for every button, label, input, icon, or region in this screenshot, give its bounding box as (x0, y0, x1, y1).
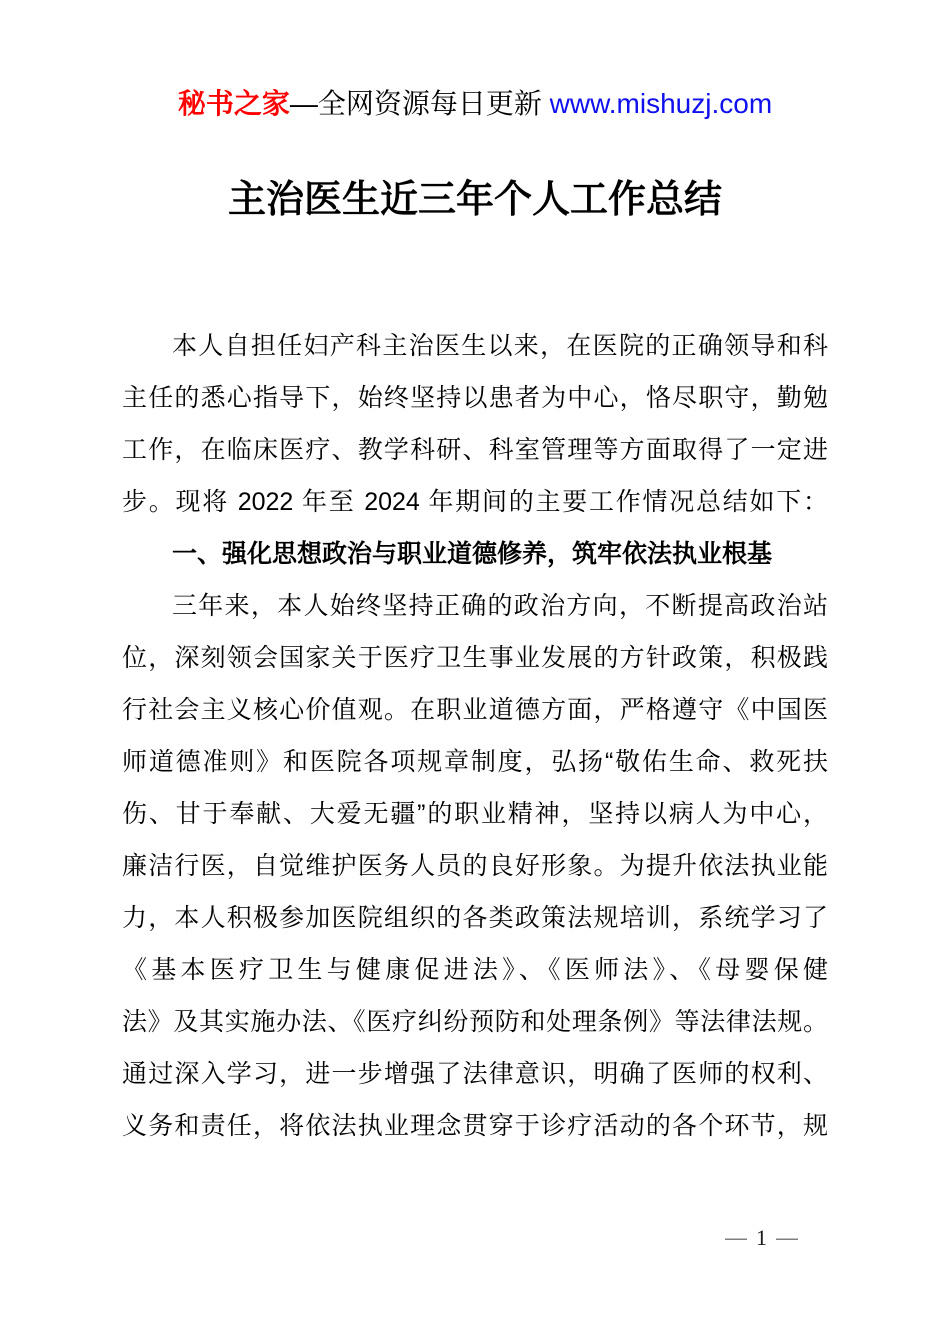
page-title: 主治医生近三年个人工作总结 (0, 172, 950, 228)
body-text-line: 《基本医疗卫生与健康促进法》、《医师法》、《母婴保健 (122, 944, 828, 996)
body-text-line: 三年来，本人始终坚持正确的政治方向，不断提高政治站 (122, 580, 828, 632)
body-text-line: 工作，在临床医疗、教学科研、科室管理等方面取得了一定进 (122, 424, 828, 476)
body-text-line: 力，本人积极参加医院组织的各类政策法规培训，系统学习了 (122, 892, 828, 944)
section-heading-line: 一、强化思想政治与职业道德修养，筑牢依法执业根基 (122, 528, 828, 580)
body-text-line: 师道德准则》和医院各项规章制度，弘扬“敬佑生命、救死扶 (122, 736, 828, 788)
site-header: 秘书之家—全网资源每日更新 www.mishuzj.com (0, 88, 950, 120)
site-url: www.mishuzj.com (550, 88, 772, 119)
body-text-line: 行社会主义核心价值观。在职业道德方面，严格遵守《中国医 (122, 684, 828, 736)
body-text-line: 主任的悉心指导下，始终坚持以患者为中心，恪尽职守，勤勉 (122, 372, 828, 424)
page-number-left-dash: — (725, 1225, 747, 1250)
body-text-line: 法》及其实施办法、《医疗纠纷预防和处理条例》等法律法规。 (122, 996, 828, 1048)
body-text-line: 义务和责任，将依法执业理念贯穿于诊疗活动的各个环节，规 (122, 1100, 828, 1152)
body-text-line: 伤、甘于奉献、大爱无疆”的职业精神，坚持以病人为中心， (122, 788, 828, 840)
body-text-line: 步。现将 2022 年至 2024 年期间的主要工作情况总结如下： (122, 476, 828, 528)
body-text-line: 廉洁行医，自觉维护医务人员的良好形象。为提升依法执业能 (122, 840, 828, 892)
document-body: 本人自担任妇产科主治医生以来，在医院的正确领导和科主任的悉心指导下，始终坚持以患… (122, 320, 828, 1152)
body-text-line: 通过深入学习，进一步增强了法律意识，明确了医师的权利、 (122, 1048, 828, 1100)
site-tagline: —全网资源每日更新 (290, 88, 550, 119)
body-text-line: 位，深刻领会国家关于医疗卫生事业发展的方针政策，积极践 (122, 632, 828, 684)
body-text-line: 本人自担任妇产科主治医生以来，在医院的正确领导和科 (122, 320, 828, 372)
page-number-right-dash: — (776, 1225, 798, 1250)
page-footer: —1— (0, 1225, 950, 1251)
site-name: 秘书之家 (178, 88, 290, 119)
page-number: 1 (756, 1225, 767, 1250)
document-page: 秘书之家—全网资源每日更新 www.mishuzj.com 主治医生近三年个人工… (0, 0, 950, 1344)
